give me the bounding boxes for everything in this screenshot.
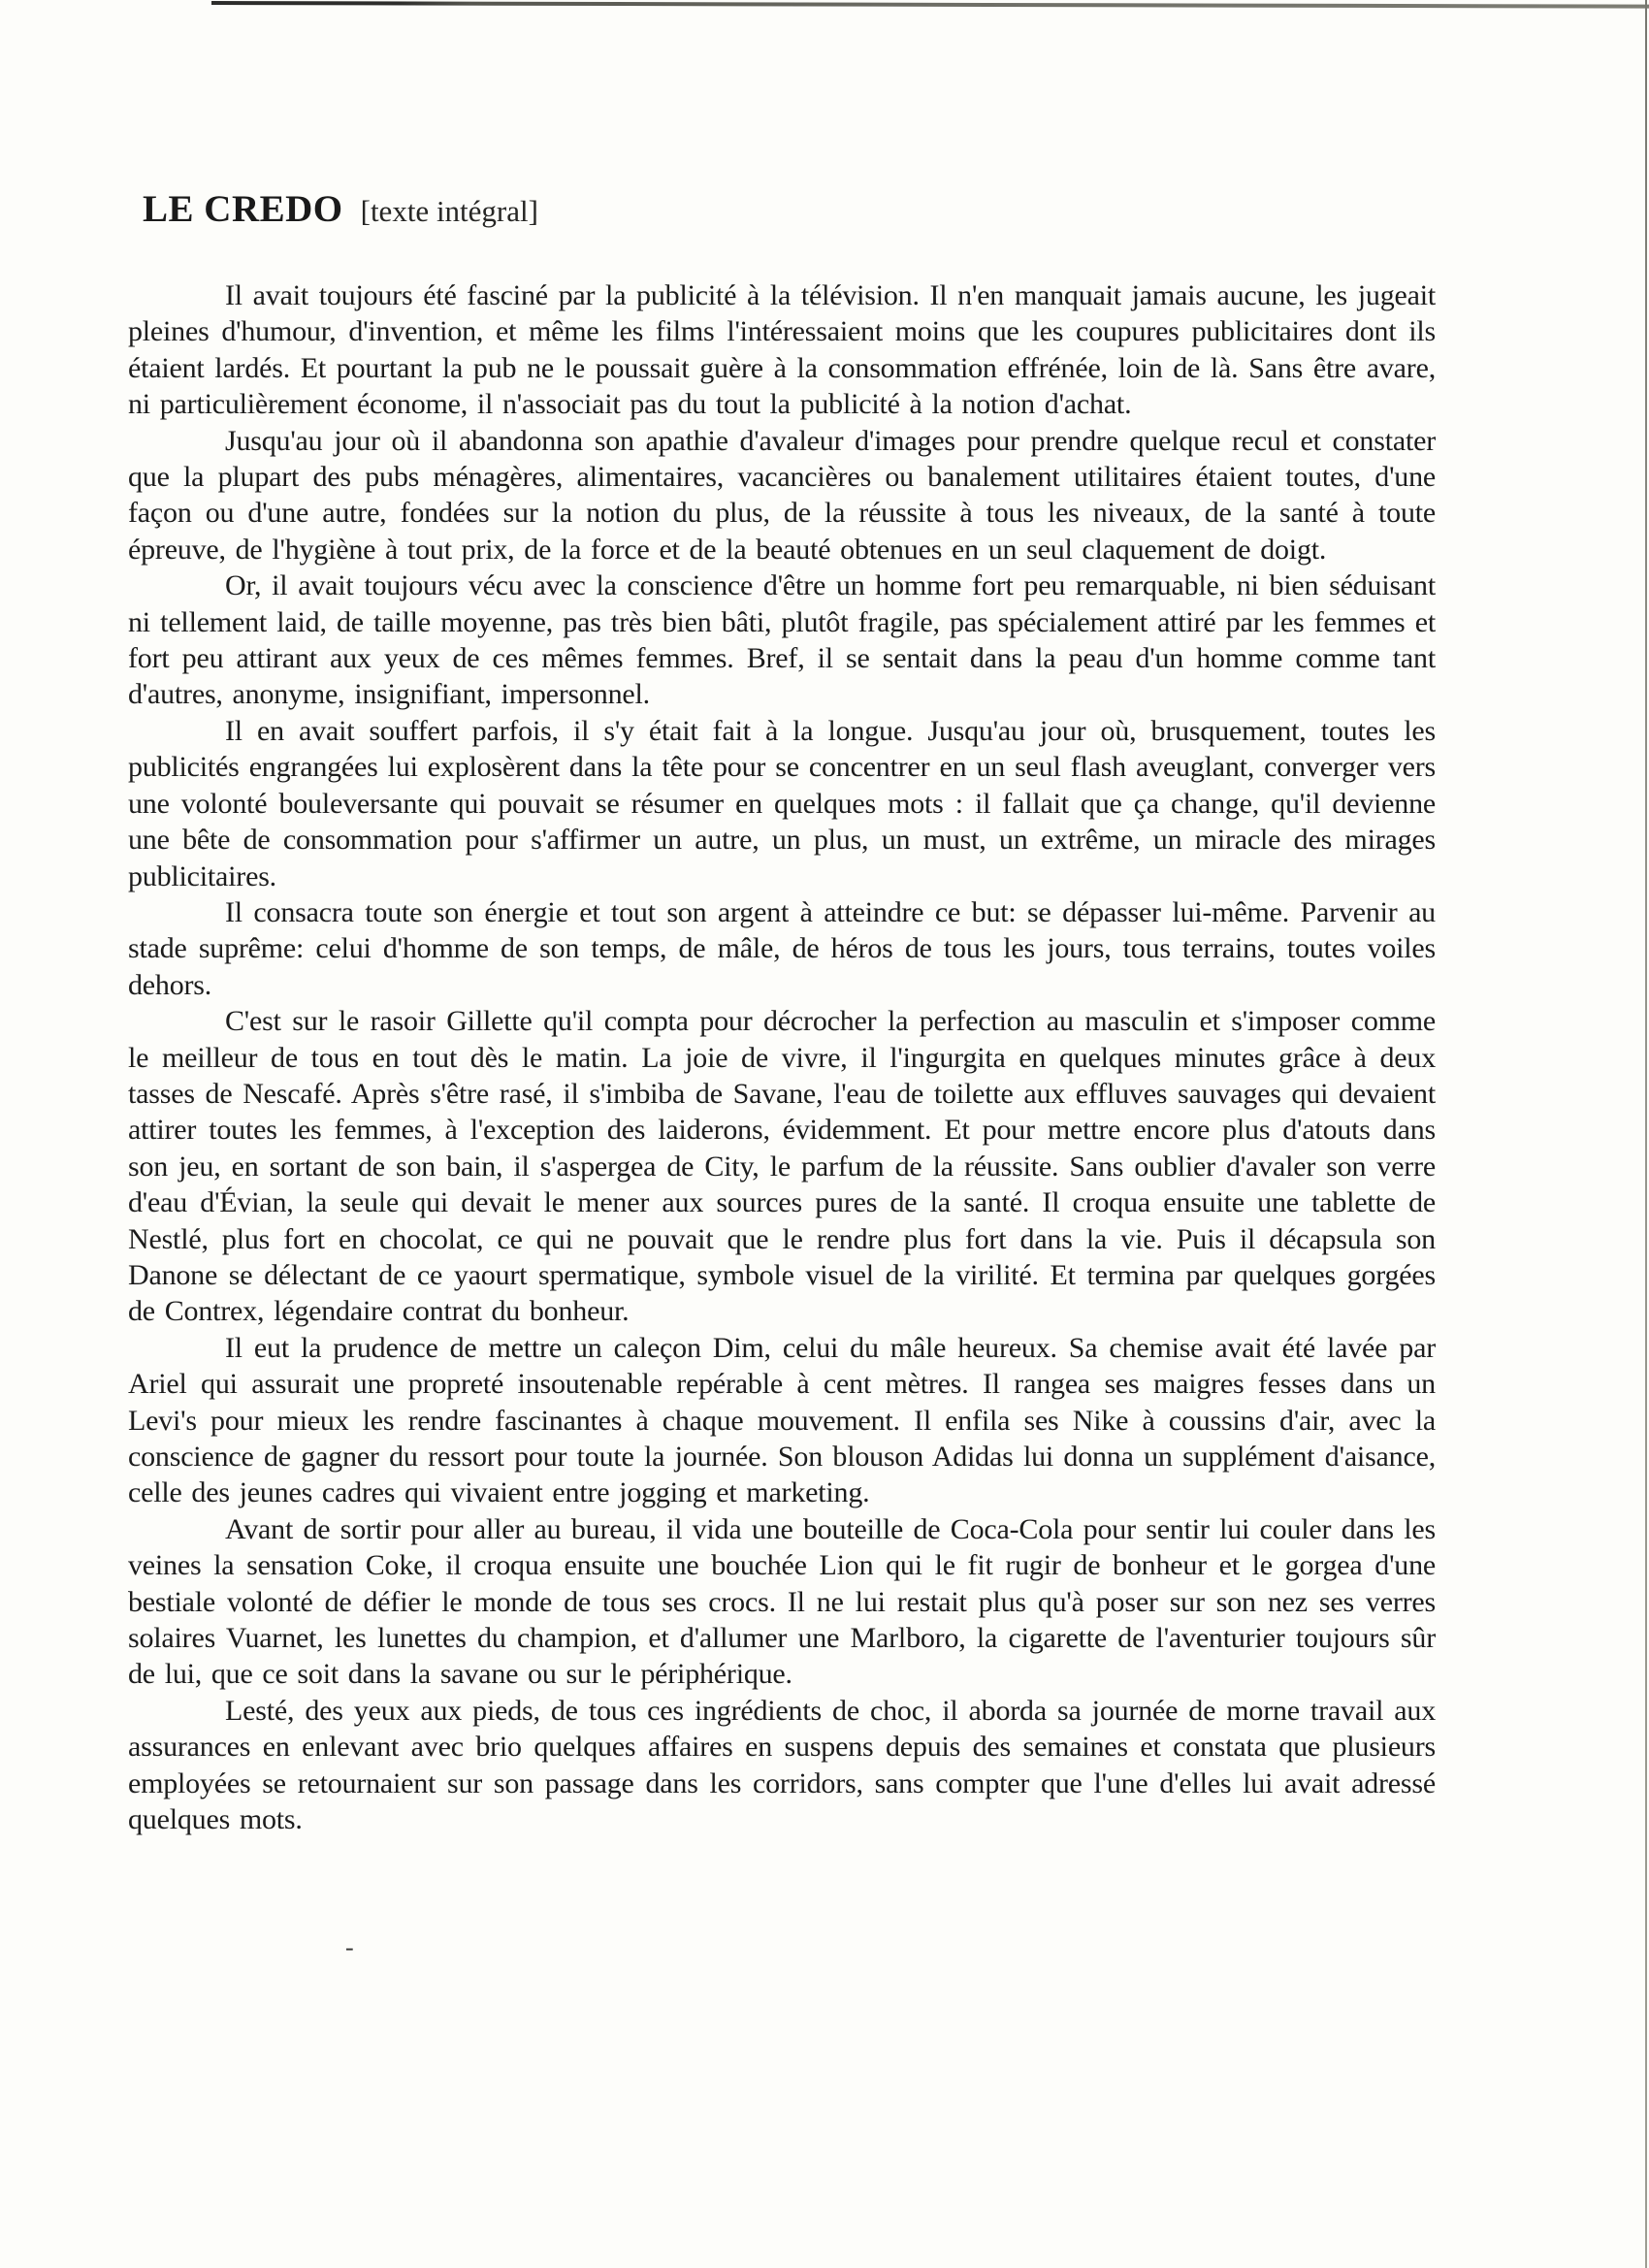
- title-suffix: [texte intégral]: [361, 194, 538, 228]
- paragraph: Il consacra toute son énergie et tout so…: [128, 894, 1436, 1003]
- scan-artifact-dash: -: [345, 1933, 354, 1962]
- paragraph: Jusqu'au jour où il abandonna son apathi…: [128, 423, 1436, 568]
- paragraph: Lesté, des yeux aux pieds, de tous ces i…: [128, 1693, 1436, 1838]
- paragraph: Il avait toujours été fasciné par la pub…: [128, 277, 1436, 423]
- scanned-document-page: LE CREDO [texte intégral] Il avait toujo…: [0, 0, 1649, 2268]
- paragraph: Or, il avait toujours vécu avec la consc…: [128, 567, 1436, 713]
- paragraph: Il en avait souffert parfois, il s'y éta…: [128, 713, 1436, 894]
- paragraph: Avant de sortir pour aller au bureau, il…: [128, 1511, 1436, 1693]
- title-text: LE CREDO: [143, 188, 343, 230]
- document-body: Il avait toujours été fasciné par la pub…: [128, 277, 1436, 1837]
- scan-artifact-right-edge: [1645, 0, 1647, 2268]
- document-title: LE CREDO [texte intégral]: [143, 187, 538, 231]
- scan-artifact-top-edge: [211, 1, 1649, 9]
- paragraph: Il eut la prudence de mettre un caleçon …: [128, 1330, 1436, 1511]
- paragraph: C'est sur le rasoir Gillette qu'il compt…: [128, 1003, 1436, 1330]
